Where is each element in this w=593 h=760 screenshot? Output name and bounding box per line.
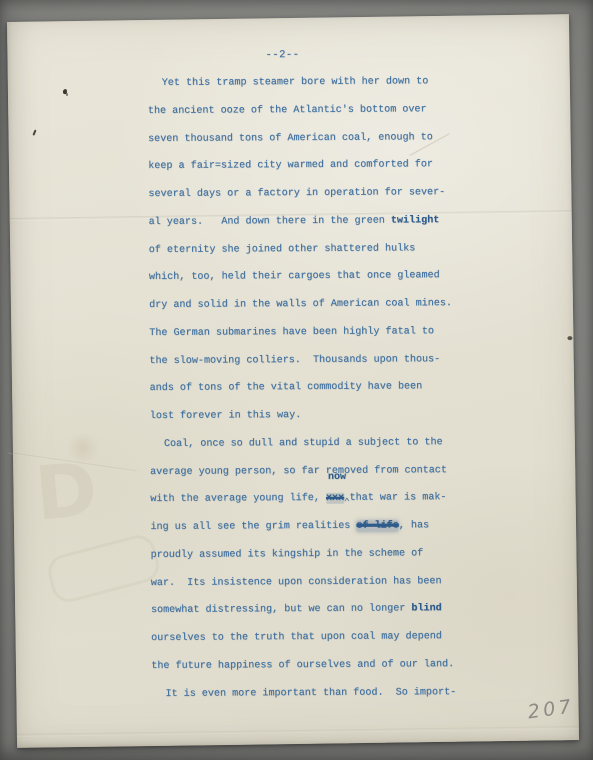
text-segment: Coal, once so dull and stupid a subject …	[164, 437, 443, 450]
typed-line: al years. And down there in the green tw…	[148, 207, 453, 237]
typed-line: average young person, so far removed fro…	[150, 457, 455, 487]
text-segment: ourselves to the truth that upon coal ma…	[151, 631, 442, 644]
text-segment: lost forever in this way.	[150, 410, 302, 422]
text-segment: ands of tons of the vital commodity have…	[150, 382, 423, 395]
typed-line: lost forever in this way.	[150, 401, 455, 431]
text-segment: of eternity she joined other shattered h…	[149, 243, 416, 256]
typed-line: dry and solid in the walls of American c…	[149, 290, 454, 320]
typed-line: somewhat distressing, but we can no long…	[151, 595, 456, 625]
text-segment: dry and solid in the walls of American c…	[149, 298, 452, 311]
text-segment: average young person, so far removed fro…	[150, 465, 447, 478]
text-segment: of life	[356, 520, 398, 531]
insertion-caret: ^now	[344, 485, 350, 513]
typed-line: the future happiness of ourselves and of…	[151, 651, 456, 681]
typed-line: ourselves to the truth that upon coal ma…	[151, 623, 456, 653]
typed-line: Yet this tramp steamer bore with her dow…	[148, 68, 453, 98]
typed-lines: Yet this tramp steamer bore with her dow…	[148, 68, 457, 708]
typed-line: proudly assumed its kingship in the sche…	[151, 540, 456, 570]
text-segment: several days or a factory in operation f…	[148, 187, 445, 200]
typed-line: the slow-moving colliers. Thousands upon…	[149, 346, 454, 376]
typed-line: It is even more important than food. So …	[151, 679, 456, 709]
fold-crease	[17, 726, 579, 737]
caret-mark: ^	[344, 491, 350, 513]
typed-line: seven thousand tons of American coal, en…	[148, 124, 453, 154]
typed-line: keep a fair=sized city warmed and comfor…	[148, 151, 453, 181]
text-segment: Yet this tramp steamer bore with her dow…	[162, 76, 429, 89]
typed-line: Coal, once so dull and stupid a subject …	[150, 429, 455, 459]
typed-line: war. Its insistence upon consideration h…	[151, 568, 456, 598]
scan-background: D --2-- Yet this tramp steamer bore with…	[0, 0, 593, 760]
typed-line: ands of tons of the vital commodity have…	[150, 373, 455, 403]
text-segment: , has	[399, 520, 429, 531]
text-segment: seven thousand tons of American coal, en…	[148, 132, 433, 145]
typed-line: The German submarines have been highly f…	[149, 318, 454, 348]
typed-line: with the average young life, xxx^nowthat…	[150, 484, 455, 514]
text-segment: war. Its insistence upon consideration h…	[151, 576, 442, 589]
text-segment: that war is mak-	[349, 492, 446, 504]
text-segment: blind	[411, 603, 441, 614]
text-segment: The German submarines have been highly f…	[149, 326, 434, 339]
handwritten-folio-number: 207	[526, 695, 575, 723]
typed-line: several days or a factory in operation f…	[148, 179, 453, 209]
text-segment: twilight	[391, 215, 440, 226]
text-segment: xxx	[326, 493, 344, 504]
ink-speck	[63, 89, 67, 94]
text-segment: proudly assumed its kingship in the sche…	[151, 548, 424, 561]
text-segment: It is even more important than food. So …	[165, 687, 456, 700]
text-segment: al years. And down there in the green	[149, 215, 391, 227]
show-through-mark: D	[32, 447, 100, 538]
text-segment: the future happiness of ourselves and of…	[151, 659, 454, 672]
text-segment: which, too, held their cargoes that once…	[149, 270, 440, 283]
ink-speck	[32, 129, 36, 135]
text-segment: somewhat distressing, but we can no long…	[151, 604, 412, 617]
typed-line: the ancient ooze of the Atlantic's botto…	[148, 96, 453, 126]
page-number: --2--	[265, 49, 299, 61]
document-page: D --2-- Yet this tramp steamer bore with…	[7, 14, 579, 748]
text-segment: keep a fair=sized city warmed and comfor…	[148, 160, 433, 173]
inserted-word: now	[328, 473, 346, 483]
text-segment: ing us all see the grim realities	[150, 521, 356, 533]
text-segment: with the average young life,	[150, 493, 326, 505]
typed-line: of eternity she joined other shattered h…	[149, 235, 454, 265]
typed-line: which, too, held their cargoes that once…	[149, 262, 454, 292]
text-segment: the slow-moving colliers. Thousands upon…	[149, 354, 440, 367]
show-through-mark	[44, 531, 163, 606]
typed-line: ing us all see the grim realities of lif…	[150, 512, 455, 542]
ink-speck	[567, 336, 572, 340]
text-segment: the ancient ooze of the Atlantic's botto…	[148, 104, 427, 117]
